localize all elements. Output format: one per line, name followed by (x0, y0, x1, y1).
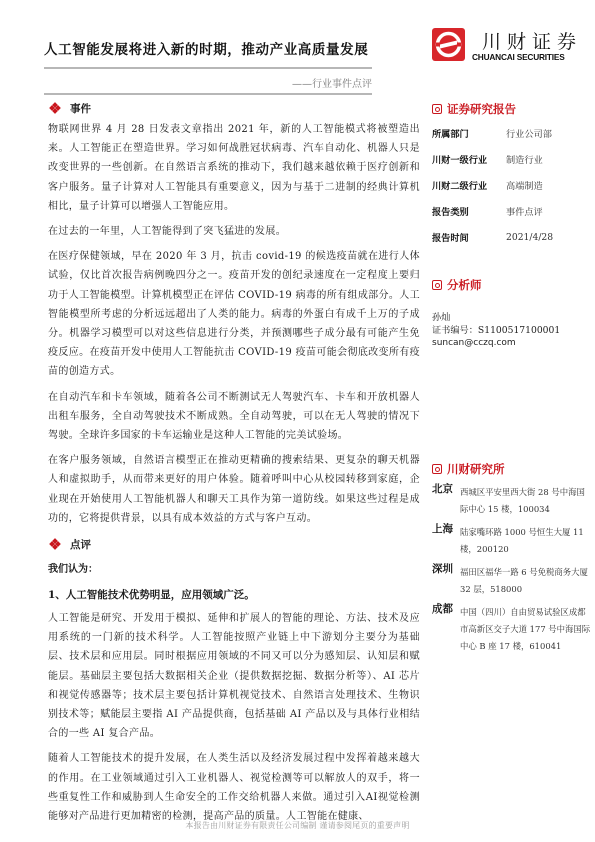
report-title: 人工智能发展将进入新的时期，推动产业高质量发展 (44, 38, 424, 58)
report-heading-label: 证券研究报告 (447, 101, 516, 117)
paragraph: 在医疗保健领域，早在 2020 年 3 月，抗击 covid-19 的候选疫苗就… (48, 247, 420, 381)
analyst-name: 孙灿 (432, 312, 592, 325)
paragraph: 随着人工智能技术的提升发展，在人类生活以及经济发展过程中发挥着越来越大的作用。在… (48, 749, 420, 826)
info-row: 川财二级行业 高端制造 (432, 172, 592, 198)
office-entry: 上海 陆家嘴环路 1000 号恒生大厦 11 楼，200120 (432, 522, 592, 558)
main-content: 事件 物联网世界 4 月 28 日发表文章指出 2021 年，新的人工智能模式将… (48, 98, 420, 832)
analyst-heading: 分析师 (432, 276, 592, 294)
info-value: 事件点评 (506, 204, 543, 218)
institute-heading: 川财研究所 (432, 460, 592, 478)
analyst-info: 孙灿 证书编号：S1100517100001 suncan@cczq.com (432, 312, 592, 350)
analyst-heading-label: 分析师 (447, 277, 482, 293)
paragraph: 物联网世界 4 月 28 日发表文章指出 2021 年，新的人工智能模式将被塑造… (48, 120, 420, 216)
info-label: 报告类别 (432, 204, 506, 218)
office-city: 北京 (432, 482, 460, 518)
info-value: 制造行业 (506, 152, 543, 166)
point-heading: 1、人工智能技术优势明显，应用领域广泛。 (48, 585, 420, 605)
info-label: 川财一级行业 (432, 152, 506, 166)
report-subtitle: ——行业事件点评 (44, 75, 372, 90)
header-divider (44, 93, 372, 95)
office-address: 福田区福华一路 6 号免税商务大厦 32 层，518000 (460, 562, 592, 598)
info-label: 所属部门 (432, 126, 506, 140)
office-address: 陆家嘴环路 1000 号恒生大厦 11 楼，200120 (460, 522, 592, 558)
analyst-icon (432, 280, 442, 290)
header-divider (44, 67, 372, 69)
info-row: 川财一级行业 制造行业 (432, 146, 592, 172)
info-row: 所属部门 行业公司部 (432, 120, 592, 146)
info-row: 报告时间 2021/4/28 (432, 224, 592, 250)
logo-name-cn: 川财证券 (482, 27, 582, 54)
institute-heading-label: 川财研究所 (447, 461, 505, 477)
office-entry: 成都 中国（四川）自由贸易试验区成都市高新区交子大道 177 号中海国际中心 B… (432, 602, 592, 655)
office-city: 深圳 (432, 562, 460, 598)
diamond-bullet-icon (50, 103, 60, 113)
we-think-label: 我们认为： (48, 560, 420, 579)
institute-sidebar: 川财研究所 北京 西城区平安里西大街 28 号中海国际中心 15 楼，10003… (432, 460, 592, 655)
section-heading-comment: 点评 (50, 534, 420, 554)
info-label: 报告时间 (432, 230, 506, 244)
section-heading-label: 点评 (70, 537, 91, 552)
office-address: 中国（四川）自由贸易试验区成都市高新区交子大道 177 号中海国际中心 B 座 … (460, 602, 592, 655)
section-heading-event: 事件 (50, 98, 420, 118)
logo-mark-icon (432, 28, 465, 61)
info-value: 行业公司部 (506, 126, 552, 140)
office-address: 西城区平安里西大街 28 号中海国际中心 15 楼，100034 (460, 482, 592, 518)
diamond-bullet-icon (50, 539, 60, 549)
section-heading-label: 事件 (70, 101, 91, 116)
logo-name-en: CHUANCAI SECURITIES (472, 52, 565, 62)
info-row: 报告类别 事件点评 (432, 198, 592, 224)
office-city: 上海 (432, 522, 460, 558)
company-logo: 川财证券 CHUANCAI SECURITIES (432, 28, 582, 68)
report-info-sidebar: 证券研究报告 所属部门 行业公司部 川财一级行业 制造行业 川财二级行业 高端制… (432, 100, 592, 350)
report-heading: 证券研究报告 (432, 100, 592, 118)
paragraph: 人工智能是研究、开发用于模拟、延伸和扩展人的智能的理论、方法、技术及应用系统的一… (48, 609, 420, 743)
paragraph: 在自动汽车和卡车领域，随着各公司不断测试无人驾驶汽车、卡车和开放机器人出租车服务… (48, 388, 420, 446)
paragraph: 在过去的一年里，人工智能得到了突飞猛进的发展。 (48, 222, 420, 241)
info-value: 2021/4/28 (506, 232, 553, 243)
analyst-cert: 证书编号：S1100517100001 (432, 325, 592, 338)
report-icon (432, 104, 442, 114)
office-entry: 北京 西城区平安里西大街 28 号中海国际中心 15 楼，100034 (432, 482, 592, 518)
office-entry: 深圳 福田区福华一路 6 号免税商务大厦 32 层，518000 (432, 562, 592, 598)
info-value: 高端制造 (506, 178, 543, 192)
analyst-email[interactable]: suncan@cczq.com (432, 337, 592, 350)
paragraph: 在客户服务领域，自然语言模型正在推动更精确的搜索结果、更复杂的聊天机器人和虚拟助… (48, 451, 420, 528)
office-city: 成都 (432, 602, 460, 655)
page-footer: 本报告由川财证券有限责任公司编制 谨请参阅尾页的重要声明 (0, 820, 595, 831)
info-label: 川财二级行业 (432, 178, 506, 192)
institute-icon (432, 464, 442, 474)
